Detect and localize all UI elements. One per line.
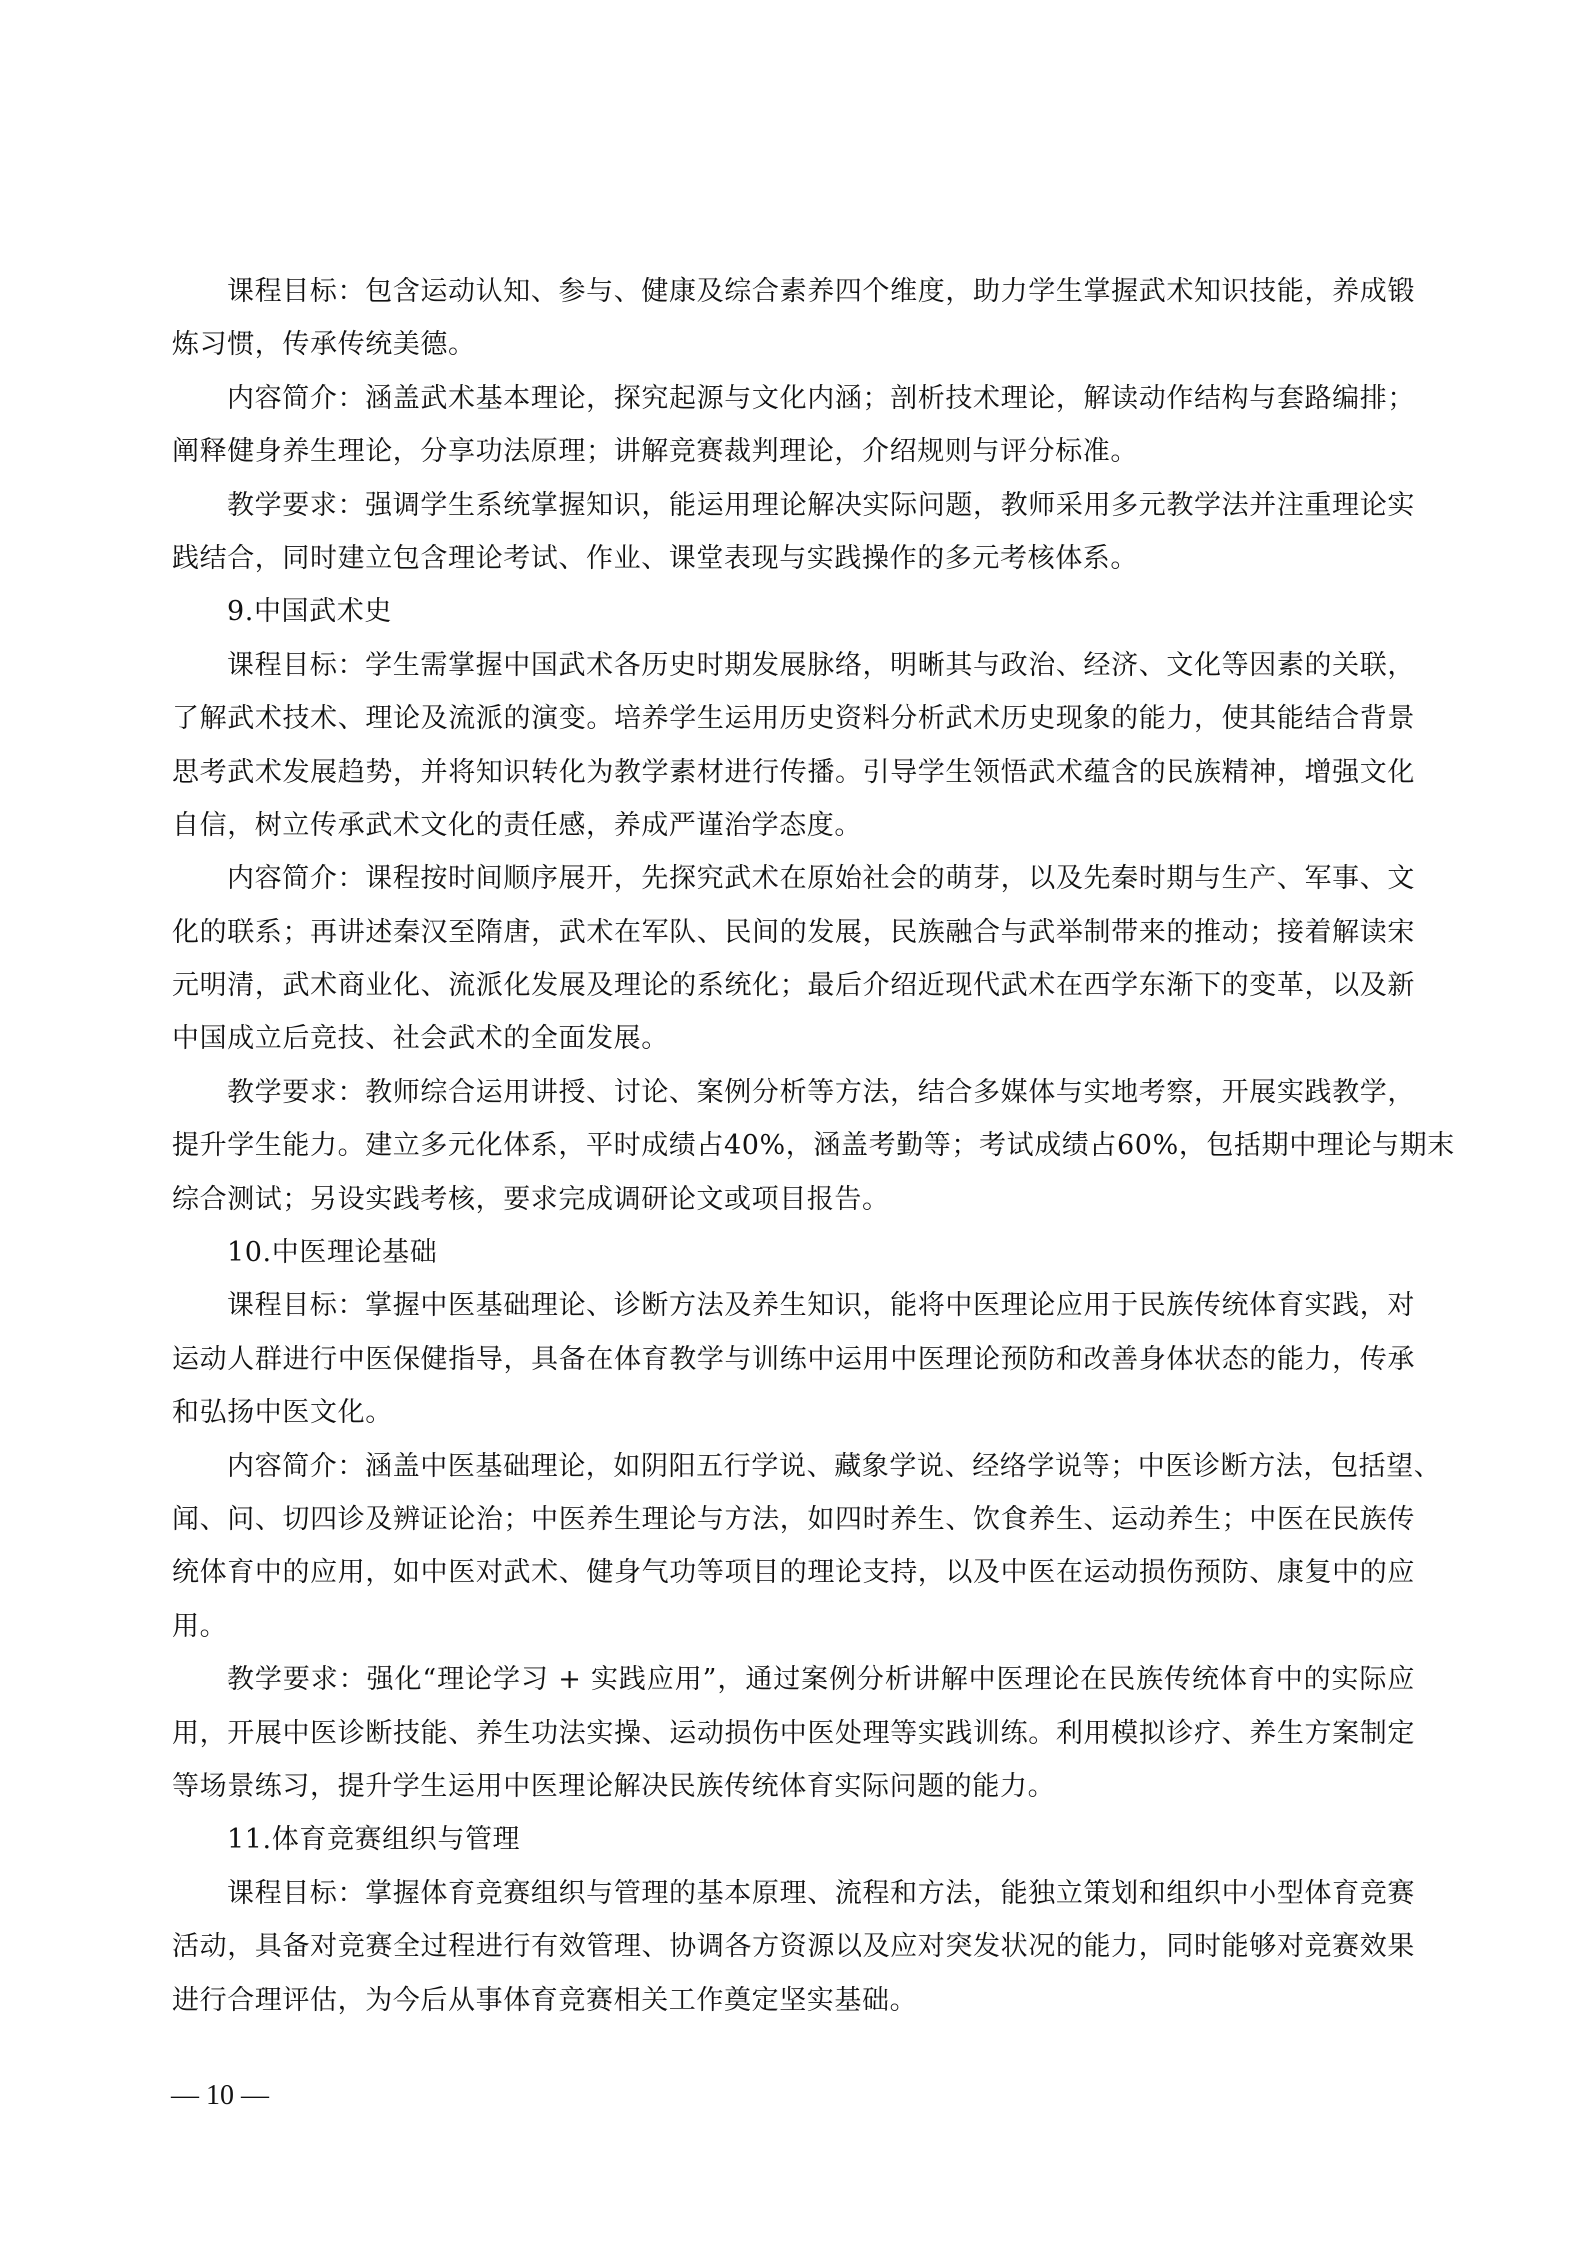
paragraph-line: 思考武术发展趋势，并将知识转化为教学素材进行传播。引导学生领悟武术蕴含的民族精神… [172, 746, 1415, 799]
paragraph-line: 课程目标：包含运动认知、参与、健康及综合素养四个维度，助力学生掌握武术知识技能，… [172, 265, 1415, 318]
paragraph-line: 课程目标：学生需掌握中国武术各历史时期发展脉络，明晰其与政治、经济、文化等因素的… [172, 639, 1415, 692]
paragraph-line: 中国成立后竞技、社会武术的全面发展。 [172, 1012, 1417, 1065]
paragraph-line: 运动人群进行中医保健指导，具备在体育教学与训练中运用中医理论预防和改善身体状态的… [172, 1333, 1415, 1386]
paragraph-line: 课程目标：掌握中医基础理论、诊断方法及养生知识，能将中医理论应用于民族传统体育实… [172, 1279, 1415, 1332]
section-heading-10: 10.中医理论基础 [172, 1226, 1417, 1279]
paragraph-line: 践结合，同时建立包含理论考试、作业、课堂表现与实践操作的多元考核体系。 [172, 532, 1417, 585]
paragraph-line: 用。 [172, 1600, 1417, 1653]
document-body: 课程目标：包含运动认知、参与、健康及综合素养四个维度，助力学生掌握武术知识技能，… [172, 265, 1417, 2027]
paragraph-line: 课程目标：掌握体育竞赛组织与管理的基本原理、流程和方法，能独立策划和组织中小型体… [172, 1867, 1415, 1920]
paragraph-line: 教学要求：强调学生系统掌握知识，能运用理论解决实际问题，教师采用多元教学法并注重… [172, 479, 1415, 532]
document-page: 课程目标：包含运动认知、参与、健康及综合素养四个维度，助力学生掌握武术知识技能，… [0, 0, 1587, 2245]
paragraph-line: 内容简介：课程按时间顺序展开，先探究武术在原始社会的萌芽，以及先秦时期与生产、军… [172, 852, 1415, 905]
paragraph-line: 内容简介：涵盖武术基本理论，探究起源与文化内涵；剖析技术理论，解读动作结构与套路… [172, 372, 1415, 425]
paragraph-line: 综合测试；另设实践考核，要求完成调研论文或项目报告。 [172, 1173, 1417, 1226]
paragraph-line: 自信，树立传承武术文化的责任感，养成严谨治学态度。 [172, 799, 1417, 852]
paragraph-line: 活动，具备对竞赛全过程进行有效管理、协调各方资源以及应对突发状况的能力，同时能够… [172, 1920, 1415, 1973]
paragraph-line: 教学要求：强化“理论学习 + 实践应用”，通过案例分析讲解中医理论在民族传统体育… [172, 1653, 1415, 1706]
paragraph-line: 教学要求：教师综合运用讲授、讨论、案例分析等方法，结合多媒体与实地考察，开展实践… [172, 1066, 1415, 1119]
paragraph-line: 统体育中的应用，如中医对武术、健身气功等项目的理论支持，以及中医在运动损伤预防、… [172, 1546, 1415, 1599]
paragraph-line: 提升学生能力。建立多元化体系，平时成绩占40%，涵盖考勤等；考试成绩占60%，包… [172, 1119, 1415, 1172]
paragraph-line: 和弘扬中医文化。 [172, 1386, 1417, 1439]
paragraph-line: 用，开展中医诊断技能、养生功法实操、运动损伤中医处理等实践训练。利用模拟诊疗、养… [172, 1707, 1415, 1760]
paragraph-line: 了解武术技术、理论及流派的演变。培养学生运用历史资料分析武术历史现象的能力，使其… [172, 692, 1415, 745]
section-heading-9: 9.中国武术史 [172, 585, 1417, 638]
paragraph-line: 进行合理评估，为今后从事体育竞赛相关工作奠定坚实基础。 [172, 1974, 1417, 2027]
paragraph-line: 等场景练习，提升学生运用中医理论解决民族传统体育实际问题的能力。 [172, 1760, 1417, 1813]
page-number: — 10 — [171, 2080, 269, 2112]
paragraph-line: 化的联系；再讲述秦汉至隋唐，武术在军队、民间的发展，民族融合与武举制带来的推动；… [172, 906, 1415, 959]
paragraph-line: 内容简介：涵盖中医基础理论，如阴阳五行学说、藏象学说、经络学说等；中医诊断方法，… [172, 1440, 1415, 1493]
paragraph-line: 炼习惯，传承传统美德。 [172, 318, 1417, 371]
paragraph-line: 元明清，武术商业化、流派化发展及理论的系统化；最后介绍近现代武术在西学东渐下的变… [172, 959, 1415, 1012]
section-heading-11: 11.体育竞赛组织与管理 [172, 1813, 1417, 1866]
paragraph-line: 闻、问、切四诊及辨证论治；中医养生理论与方法，如四时养生、饮食养生、运动养生；中… [172, 1493, 1415, 1546]
paragraph-line: 阐释健身养生理论，分享功法原理；讲解竞赛裁判理论，介绍规则与评分标准。 [172, 425, 1417, 478]
